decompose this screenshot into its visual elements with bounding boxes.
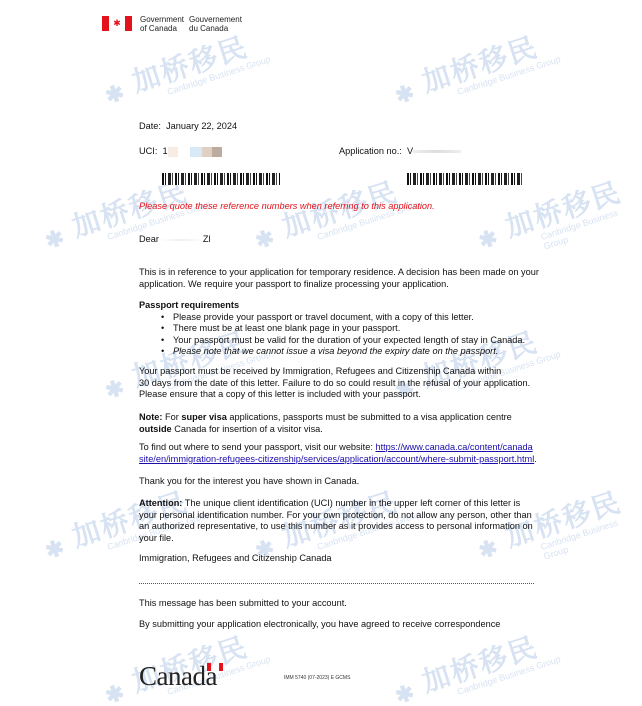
passport-submission-link[interactable]: https://www.canada.ca/content/canada [375, 442, 532, 452]
passport-submission-link-cont[interactable]: site/en/immigration-refugees-citizenship… [139, 454, 534, 464]
maple-leaf-icon: ✱ [42, 534, 68, 564]
canada-flag-icon [207, 663, 223, 671]
maple-leaf-icon: ✱ [42, 224, 68, 254]
requirement-item: Please note that we cannot issue a visa … [139, 346, 539, 358]
submitted-message: This message has been submitted to your … [139, 598, 347, 610]
watermark: ✱加桥移民Canbridge Business Group [416, 20, 562, 106]
attention-paragraph: Attention: The unique client identificat… [139, 498, 539, 544]
passport-requirements: Passport requirements Please provide you… [139, 300, 539, 358]
watermark: ✱加桥移民Canbridge Business Group [416, 620, 562, 706]
uci: UCI: 1 [139, 146, 222, 158]
canada-flag-icon: ✱ [102, 16, 132, 31]
divider [139, 583, 534, 584]
maple-leaf-icon: ✱ [392, 79, 418, 109]
maple-leaf-icon: ✱ [392, 679, 418, 706]
uci-barcode [162, 173, 280, 185]
maple-leaf-icon: ✱ [102, 679, 128, 706]
intro-paragraph: This is in reference to your application… [139, 267, 539, 290]
application-number: Application no.: V [339, 146, 461, 158]
thanks-line: Thank you for the interest you have show… [139, 476, 359, 488]
maple-leaf-icon: ✱ [252, 224, 278, 254]
gov-en: Governmentof Canada [140, 16, 184, 33]
gov-fr: Gouvernementdu Canada [189, 16, 242, 33]
form-code: IMM 5740 (07-2023) E GCMS [284, 675, 350, 681]
requirement-item: Your passport must be valid for the dura… [139, 335, 539, 347]
salutation: DearZl [139, 234, 211, 246]
website-paragraph: To find out where to send your passport,… [139, 442, 549, 465]
canada-wordmark: Canada [139, 661, 217, 692]
signature: Immigration, Refugees and Citizenship Ca… [139, 553, 332, 565]
requirement-item: Please provide your passport or travel d… [139, 312, 539, 324]
letter-date: Date: January 22, 2024 [139, 121, 237, 133]
letter-page: ✱加桥移民Canbridge Business Group ✱加桥移民Canbr… [0, 0, 642, 706]
maple-leaf-icon: ✱ [102, 79, 128, 109]
receipt-paragraph: Your passport must be received by Immigr… [139, 366, 549, 401]
electronic-message: By submitting your application electroni… [139, 619, 500, 631]
reference-notice: Please quote these reference numbers whe… [139, 201, 435, 211]
application-barcode [407, 173, 524, 185]
maple-leaf-icon: ✱ [102, 374, 128, 404]
requirement-item: There must be at least one blank page in… [139, 323, 539, 335]
maple-leaf-icon: ✱ [475, 224, 501, 254]
note-paragraph: Note: For super visa applications, passp… [139, 412, 549, 435]
